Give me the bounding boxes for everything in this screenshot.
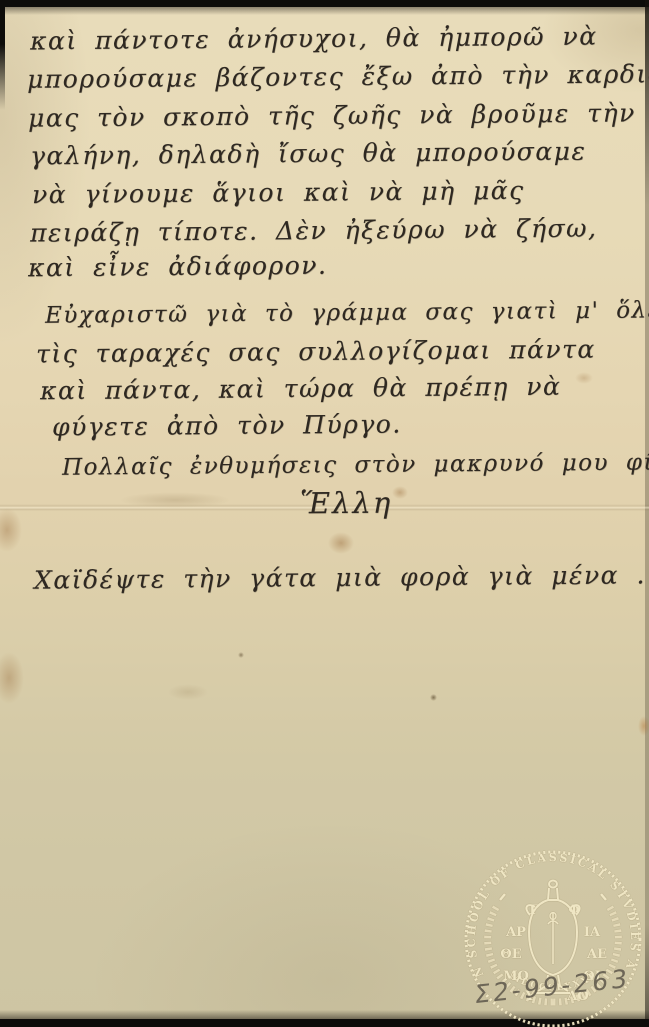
stain: [0, 508, 22, 552]
seal-greek-letter: ΑΡ: [505, 925, 526, 940]
stain: [238, 652, 244, 658]
stain: [575, 372, 593, 384]
stain: [0, 652, 24, 704]
seal-greek-letter: ΑΕ: [586, 947, 607, 962]
stain: [328, 532, 354, 554]
handwriting-line-9: τὶς ταραχές σας συλλογίζομαι πάντα: [36, 335, 596, 369]
closing-line: Πολλαῖς ἐνθυμήσεις στὸν μακρυνό μου φίλο: [62, 449, 649, 480]
signature: Ἕλλη: [300, 486, 392, 521]
handwriting-line-7: καὶ εἶνε ἀδιάφορον.: [28, 251, 328, 283]
stain: [120, 492, 230, 508]
stain: [168, 684, 208, 700]
seal-greek-letter: ΘΕ: [500, 947, 521, 962]
handwriting-line-1: καὶ πάντοτε ἀνήσυχοι, θὰ ἠμπορῶ νὰ: [30, 22, 598, 56]
handwriting-line-10: καὶ πάντα, καὶ τώρα θὰ πρέπῃ νὰ: [40, 372, 562, 406]
handwriting-line-8: Εὐχαριστῶ γιὰ τὸ γράμμα σας γιατὶ μ' ὅλε…: [45, 297, 649, 329]
seal-greek-letter: Φ: [568, 903, 579, 918]
seal-greek-letter: ΙΑ: [584, 925, 601, 940]
handwriting-line-5: νὰ γίνουμε ἅγιοι καὶ νὰ μὴ μᾶς: [32, 176, 525, 209]
handwriting-line-4: γαλήνη, δηλαδὴ ἴσως θὰ μπορούσαμε: [30, 137, 587, 171]
seal-ring-text: AMERICAN SCHOOL OF CLASSICAL STVDIES AT …: [458, 844, 641, 979]
scan-edge-top: [0, 0, 649, 7]
stain: [392, 486, 408, 499]
scan-edge-left: [0, 0, 5, 110]
handwriting-line-2: μπορούσαμε βάζοντες ἔξω ἀπὸ τὴν καρδιά: [27, 59, 649, 94]
stain: [430, 694, 437, 701]
postscript-line: Χαϊδέψτε τὴν γάτα μιὰ φορὰ γιὰ μένα .: [34, 560, 646, 594]
scan-edge-top-shadow: [0, 7, 649, 15]
seal-greek-letter: Γ: [529, 903, 539, 918]
handwriting-line-3: μας τὸν σκοπὸ τῆς ζωῆς νὰ βροῦμε τὴν: [28, 98, 636, 132]
handwriting-line-11: φύγετε ἀπὸ τὸν Πύργο.: [52, 409, 402, 441]
letter-page: καὶ πάντοτε ἀνήσυχοι, θὰ ἠμπορῶ νὰ μπορο…: [0, 0, 649, 1027]
handwriting-line-6: πειράζῃ τίποτε. Δὲν ἠξεύρω νὰ ζήσω,: [30, 214, 598, 248]
stain: [638, 716, 649, 736]
